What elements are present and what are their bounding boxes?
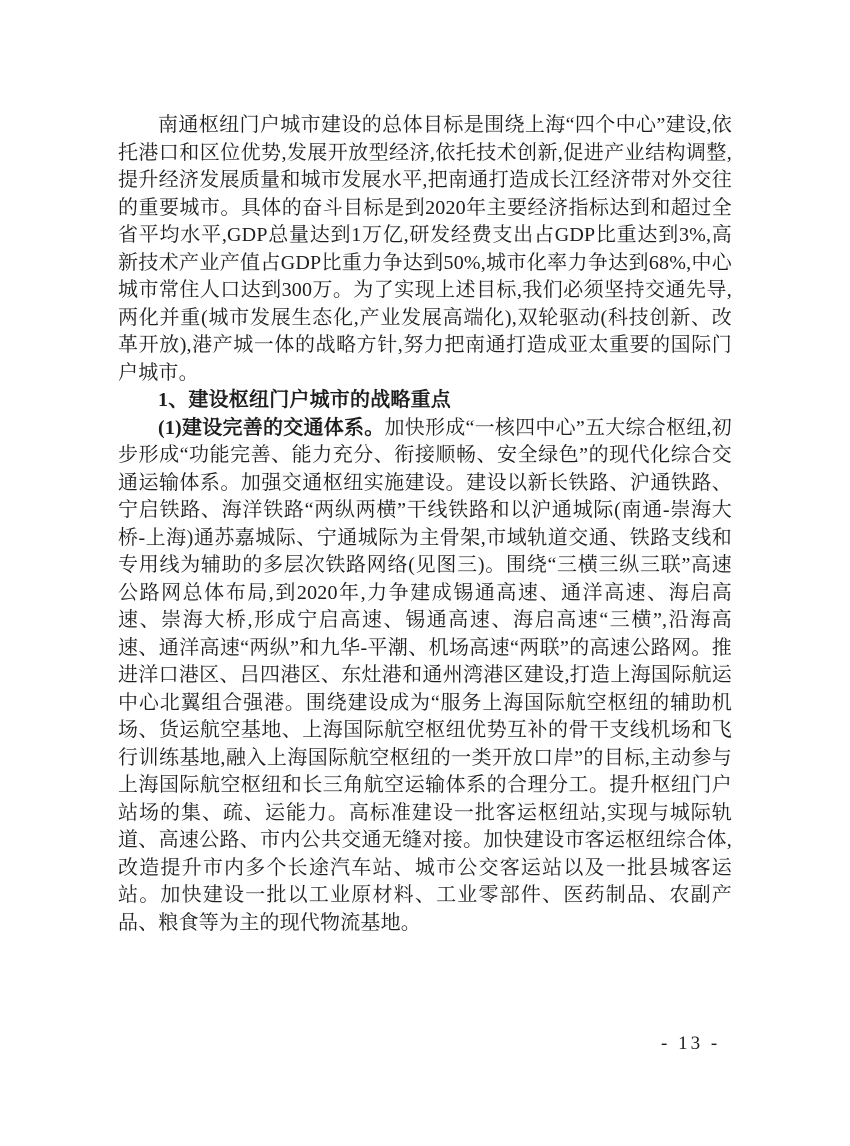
subsection-body-text: 加快形成“一核四中心”五大综合枢纽,初步形成“功能完善、能力充分、衔接顺畅、安全… — [118, 417, 732, 934]
paragraph-overall-goal: 南通枢纽门户城市建设的总体目标是围绕上海“四个中心”建设,依托港口和区位优势,发… — [118, 112, 732, 387]
section-heading: 1、建设枢纽门户城市的战略重点 — [118, 387, 732, 415]
subsection-title: (1)建设完善的交通体系。 — [158, 417, 385, 439]
document-page: 南通枢纽门户城市建设的总体目标是围绕上海“四个中心”建设,依托港口和区位优势,发… — [0, 0, 850, 1146]
paragraph-transport-system: (1)建设完善的交通体系。加快形成“一核四中心”五大综合枢纽,初步形成“功能完善… — [118, 415, 732, 938]
document-body: 南通枢纽门户城市建设的总体目标是围绕上海“四个中心”建设,依托港口和区位优势,发… — [118, 112, 732, 937]
page-number: - 13 - — [661, 1033, 720, 1055]
